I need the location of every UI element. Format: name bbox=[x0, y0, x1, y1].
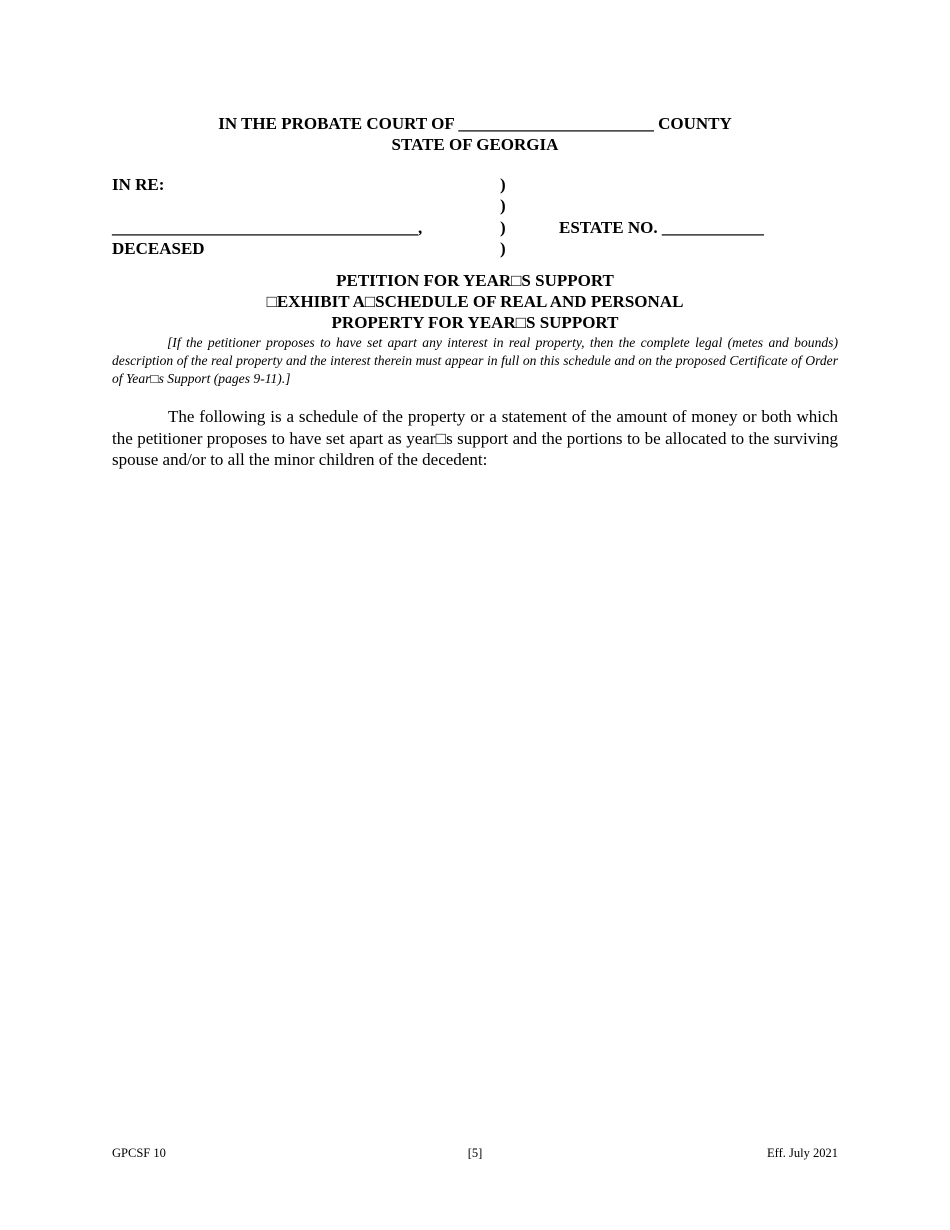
caption-paren: ) bbox=[500, 218, 506, 238]
schedule-paragraph: The following is a schedule of the prope… bbox=[112, 406, 838, 471]
caption-paren: ) bbox=[500, 196, 506, 216]
state-header: STATE OF GEORGIA bbox=[0, 135, 950, 155]
document-title-line3: PROPERTY FOR YEAR□S SUPPORT bbox=[0, 313, 950, 333]
document-title-line2: □EXHIBIT A□SCHEDULE OF REAL AND PERSONAL bbox=[0, 292, 950, 312]
caption-paren: ) bbox=[500, 239, 506, 259]
schedule-paragraph-text: The following is a schedule of the prope… bbox=[112, 407, 838, 469]
document-title-line1: PETITION FOR YEAR□S SUPPORT bbox=[0, 271, 950, 291]
caption-paren: ) bbox=[500, 175, 506, 195]
court-header: IN THE PROBATE COURT OF ________________… bbox=[0, 114, 950, 134]
instruction-note: [If the petitioner proposes to have set … bbox=[112, 334, 838, 388]
effective-date: Eff. July 2021 bbox=[767, 1146, 838, 1161]
decedent-name-blank: ____________________________________, bbox=[112, 218, 422, 238]
in-re-label: IN RE: bbox=[112, 175, 164, 195]
estate-number-field: ESTATE NO. ____________ bbox=[559, 218, 764, 238]
deceased-label: DECEASED bbox=[112, 239, 205, 259]
instruction-note-text: [If the petitioner proposes to have set … bbox=[112, 335, 838, 386]
